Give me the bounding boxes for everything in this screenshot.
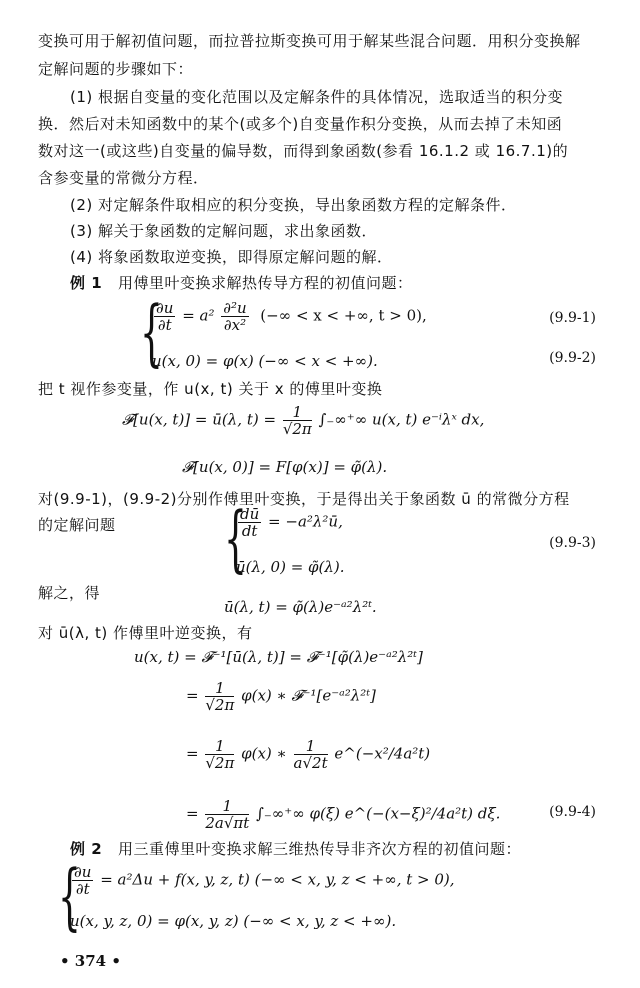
step-1-line: 换．然后对未知函数中的某个(或多个)自变量作积分变换，从而去掉了未知函	[38, 115, 562, 133]
paragraph-line: 定解问题的步骤如下：	[38, 60, 193, 78]
equation-number: (9.9-4)	[549, 804, 596, 820]
equation-9-9-3-init: ū(λ, 0) = φ̃(λ).	[236, 558, 345, 576]
equation-number: (9.9-1)	[549, 310, 596, 326]
inverse-line-3: = 1√2π φ(x) ∗ 1a√2t e^(−x²/4a²t)	[186, 738, 430, 771]
fourier-transform-initial: 𝓕[u(x, 0)] = F[φ(x)] = φ̃(λ).	[182, 458, 387, 476]
example-label: 例 1	[70, 274, 102, 292]
step-2: (2) 对定解条件取相应的积分变换，导出象函数方程的定解条件．	[70, 196, 517, 214]
equation-9-9-2: u(x, 0) = φ(x) (−∞ < x < +∞).	[152, 352, 378, 370]
equation-number: (9.9-3)	[549, 535, 596, 551]
example-2-pde: ∂u∂t = a²Δu + f(x, y, z, t) (−∞ < x, y, …	[70, 864, 455, 897]
example-2-heading: 例 2 用三重傅里叶变换求解三维热传导非齐次方程的初值问题：	[70, 840, 521, 858]
step-4: (4) 将象函数取逆变换，即得原定解问题的解．	[70, 248, 393, 266]
solution-equation: ū(λ, t) = φ̃(λ)e⁻ᵃ²λ²ᵗ.	[224, 598, 377, 616]
paragraph-line: 变换可用于解初值问题，而拉普拉斯变换可用于解某些混合问题．用积分变换解	[38, 32, 581, 50]
example-1-heading: 例 1 用傅里叶变换求解热传导方程的初值问题：	[70, 274, 413, 292]
equation-9-9-3-ode: dūdt = −a²λ²ū,	[236, 506, 343, 539]
inverse-line-4: = 12a√πt ∫₋∞⁺∞ φ(ξ) e^(−(x−ξ)²/4a²t) dξ.	[186, 798, 500, 831]
paragraph-line: 把 t 视作参变量，作 u(x, t) 关于 x 的傅里叶变换	[38, 380, 382, 398]
inverse-line-2: = 1√2π φ(x) ∗ 𝓕⁻¹[e⁻ᵃ²λ²ᵗ]	[186, 680, 376, 713]
step-1-line: (1) 根据自变量的变化范围以及定解条件的具体情况，选取适当的积分变	[70, 88, 563, 106]
equation-number: (9.9-2)	[549, 350, 596, 366]
paragraph-line: 解之，得	[38, 584, 100, 602]
equation-9-9-1: ∂u∂t = a² ∂²u∂x² (−∞ < x < +∞, t > 0),	[152, 300, 427, 333]
paragraph-line: 的定解问题	[38, 516, 116, 534]
fourier-transform-definition: 𝓕[u(x, t)] = ū(λ, t) = 1√2π ∫₋∞⁺∞ u(x, t…	[122, 404, 484, 437]
step-3: (3) 解关于象函数的定解问题，求出象函数．	[70, 222, 377, 240]
inverse-line-1: u(x, t) = 𝓕⁻¹[ū(λ, t)] = 𝓕⁻¹[φ̃(λ)e⁻ᵃ²λ²…	[134, 648, 423, 666]
example-2-initial: u(x, y, z, 0) = φ(x, y, z) (−∞ < x, y, z…	[70, 912, 396, 930]
step-1-line: 数对这一(或这些)自变量的偏导数，而得到象函数(参看 16.1.2 或 16.7…	[38, 142, 568, 160]
page-number: • 374 •	[60, 952, 121, 970]
example-text: 用三重傅里叶变换求解三维热传导非齐次方程的初值问题：	[118, 840, 521, 858]
paragraph-line: 对 ū(λ, t) 作傅里叶逆变换，有	[38, 624, 253, 642]
step-1-line: 含参变量的常微分方程．	[38, 169, 209, 187]
